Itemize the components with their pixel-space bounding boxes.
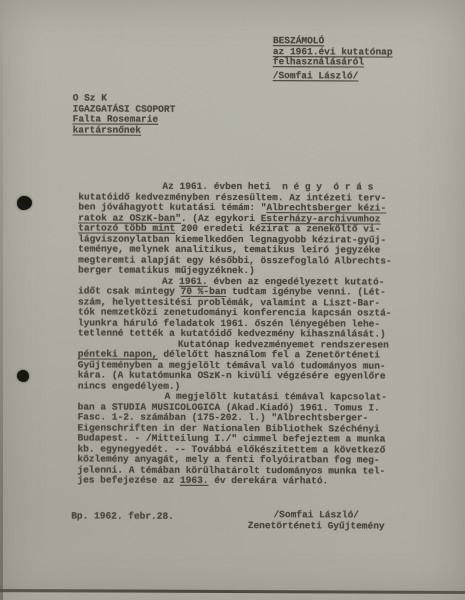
paragraph-3: Kutatónap kedvezményemet rendszeresenpén… — [78, 339, 398, 393]
report-header: BESZÁMOLÓaz 1961.évi kutatónapfelhasznál… — [273, 36, 393, 81]
document-content: BESZÁMOLÓaz 1961.évi kutatónapfelhasznál… — [0, 0, 465, 600]
report-author: /Somfai László/ — [273, 71, 359, 82]
signature-org: Zenetörténeti Gyűjtemény — [243, 521, 389, 532]
signature-block: /Somfai László/Zenetörténeti Gyűjtemény — [243, 510, 389, 532]
paragraph-1: Az 1961. évben heti n é g y ó r á skutat… — [78, 181, 398, 277]
footer-date: Bp. 1962. febr.28. — [71, 511, 174, 522]
scan-edge-below — [0, 593, 465, 600]
report-subtitle-line-2: felhasználásáról — [273, 57, 393, 68]
recipient-block: O Sz KIGAZGATÁSI CSOPORTFalta Rosemariek… — [73, 93, 176, 135]
recipient-role: kartársnőnek — [73, 125, 176, 136]
report-body: Az 1961. évben heti n é g y ó r á skutat… — [77, 181, 398, 487]
paragraph-2: Az 1961. évben az engedélyezett kutató-i… — [78, 276, 398, 340]
paragraph-4: A megjelölt kutatási témával kapcsolat-b… — [77, 391, 397, 487]
punch-hole-bottom — [17, 370, 29, 382]
left-scan-edge — [0, 0, 3, 600]
scanned-document: BESZÁMOLÓaz 1961.évi kutatónapfelhasznál… — [0, 0, 465, 600]
